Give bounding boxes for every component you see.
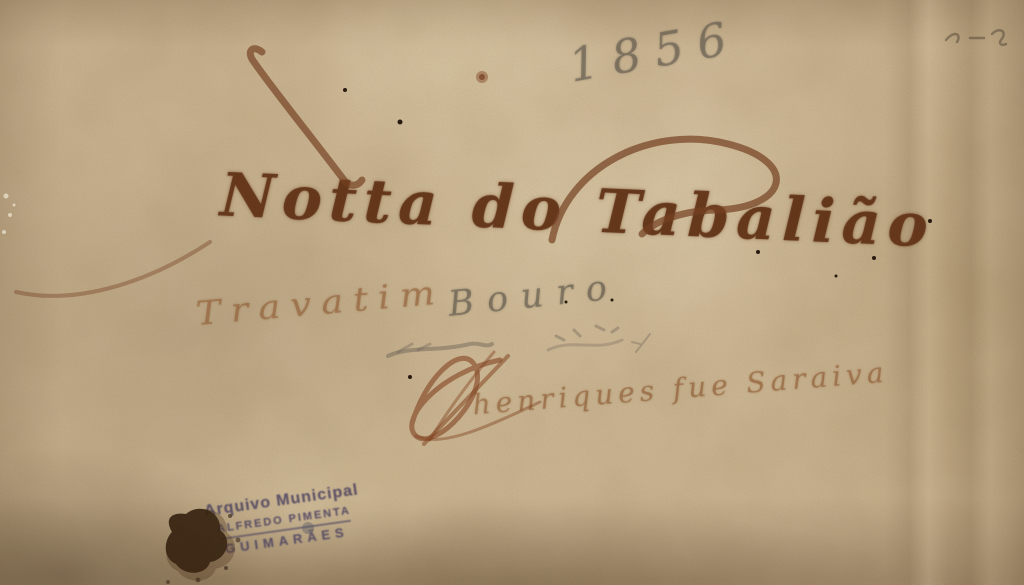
pencil-scribbles (388, 326, 650, 356)
faded-signature: henriques fue Saraiva (471, 356, 889, 422)
parchment-cover-photo: 1856 Notta do Tabalião Travatim Bouro he… (0, 0, 1024, 585)
pencil-annotation: Bouro (446, 267, 621, 325)
title-lead-in-stroke (16, 242, 210, 296)
corner-notation-mark (946, 30, 1006, 45)
parchment-fold-shading (884, 0, 1024, 585)
faded-ink-annotation: Travatim (194, 272, 446, 333)
white-specks (2, 194, 16, 235)
rust-stain-spot (476, 71, 488, 83)
rust-stain-core (479, 74, 485, 80)
manuscript-title: Notta do Tabalião (219, 160, 936, 261)
pencil-date: 1856 (565, 9, 745, 92)
archive-stamp: Arquivo Municipal ALFREDO PIMENTA GUIMAR… (175, 478, 393, 563)
